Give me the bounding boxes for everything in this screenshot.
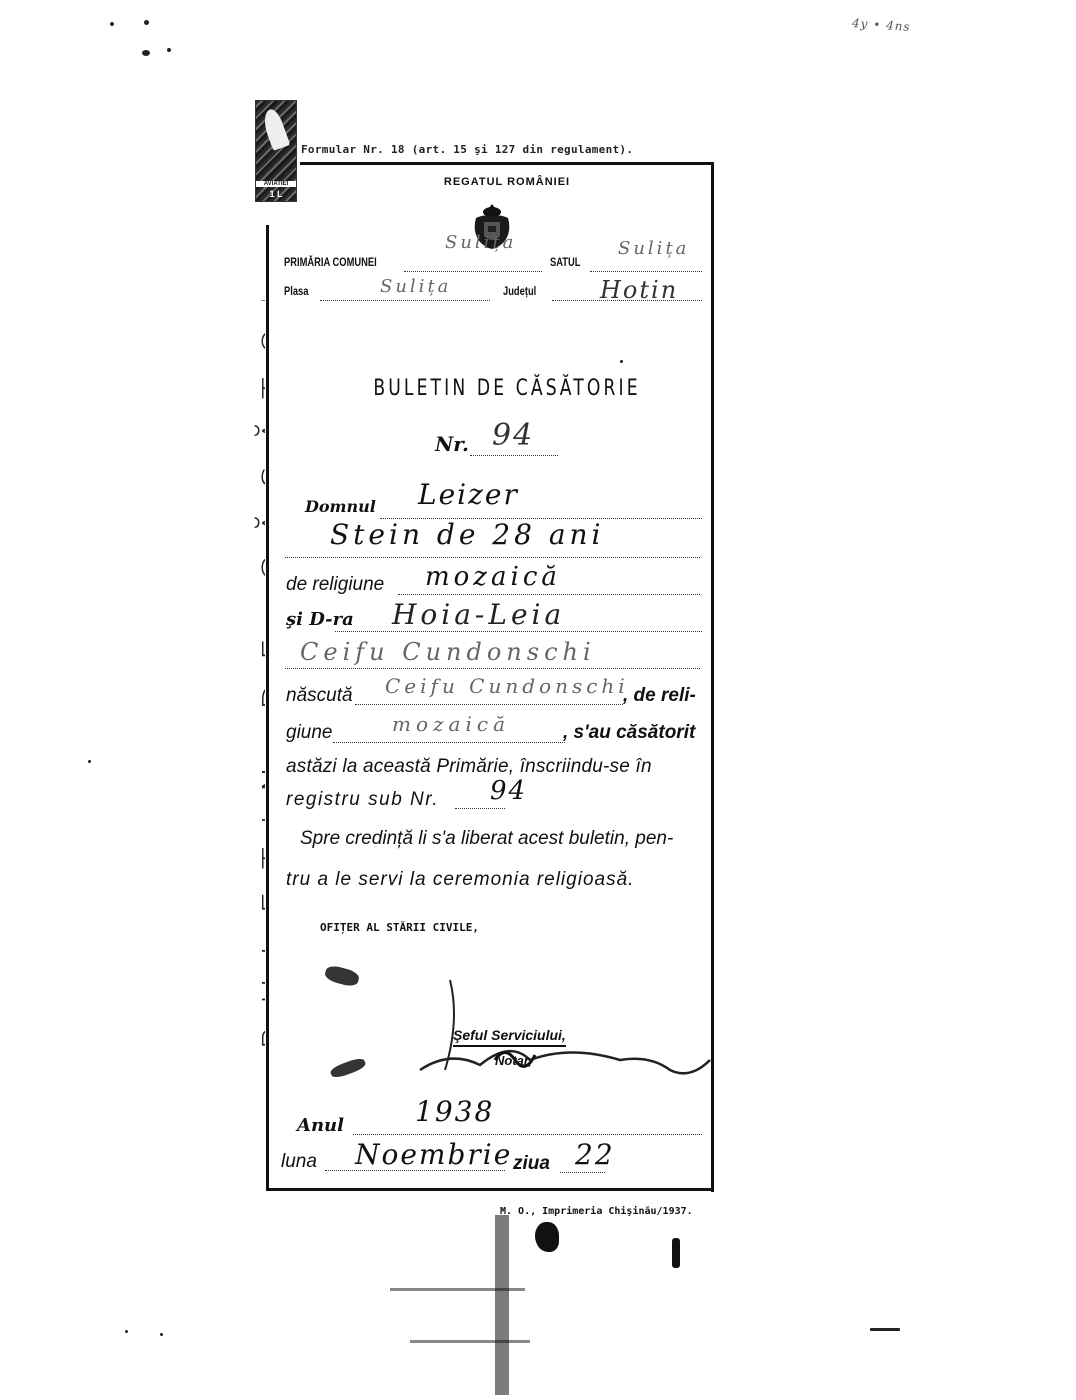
groom-religion-line bbox=[398, 594, 700, 595]
printer-imprint: M. O., Imprimeria Chişinău/1937. bbox=[500, 1206, 693, 1217]
chief-of-service-label: Şeful Serviciului, bbox=[453, 1027, 566, 1047]
judetul-value: Hotin bbox=[600, 276, 678, 304]
scan-speck bbox=[620, 360, 623, 363]
scan-speck bbox=[110, 22, 114, 26]
frame-border-left bbox=[266, 225, 269, 1191]
satul-line bbox=[590, 271, 702, 272]
bride-religion-line bbox=[333, 742, 565, 743]
day-line bbox=[560, 1172, 605, 1173]
signature-icon bbox=[270, 960, 730, 1090]
bride-line-1 bbox=[335, 631, 702, 632]
judetul-label: Județul bbox=[503, 284, 536, 298]
ink-blot bbox=[535, 1222, 559, 1252]
scan-speck bbox=[88, 760, 91, 763]
ink-blot bbox=[672, 1238, 680, 1268]
number-value: 94 bbox=[492, 418, 534, 453]
bride-religion-label-1: , de reli- bbox=[623, 685, 696, 707]
stamp-stork-icon bbox=[260, 107, 291, 151]
year-line bbox=[353, 1134, 702, 1135]
register-value: 94 bbox=[490, 776, 527, 806]
form-header: Formular Nr. 18 (art. 15 şi 127 din regu… bbox=[301, 143, 633, 156]
year-value: 1938 bbox=[415, 1095, 494, 1128]
satul-label: SATUL bbox=[550, 255, 581, 269]
bride-first-name: Hoia-Leia bbox=[392, 598, 565, 631]
scan-speck bbox=[125, 1330, 128, 1333]
side-title: BULETIN DE CĂSĂTORIE bbox=[256, 300, 265, 1050]
bride-born-label: născută bbox=[286, 685, 353, 707]
ink-smear bbox=[390, 1288, 525, 1291]
body-line-1: astăzi la această Primărie, înscriindu-s… bbox=[286, 756, 652, 778]
bride-surname: Ceifu Cundonschi bbox=[300, 638, 596, 666]
archive-reference-note: 4y • 4ns bbox=[852, 16, 911, 34]
revenue-stamp: AVIATIEI 1 L bbox=[255, 100, 297, 202]
married-text: , s'au căsătorit bbox=[563, 722, 695, 744]
stamp-value: 1 L bbox=[256, 189, 296, 199]
plasa-value: Sulița bbox=[380, 276, 451, 297]
kingdom-heading: REGATUL ROMÂNIEI bbox=[300, 176, 714, 188]
satul-value: Sulița bbox=[618, 238, 689, 259]
bride-line-2 bbox=[285, 668, 700, 669]
month-value: Noembrie bbox=[355, 1138, 512, 1171]
ink-smear bbox=[410, 1340, 530, 1343]
bride-religion-label-2: giune bbox=[286, 722, 333, 744]
plasa-label: Plasa bbox=[284, 284, 308, 298]
day-label: ziua bbox=[513, 1153, 550, 1175]
side-title-strip: BULETIN DE CĂSĂTORIE bbox=[220, 300, 265, 1060]
scan-speck bbox=[167, 48, 171, 52]
frame-border-bottom bbox=[266, 1188, 714, 1191]
primaria-label: PRIMĂRIA COMUNEI bbox=[284, 255, 377, 269]
document-title: BULETIN DE CĂSĂTORIE bbox=[346, 376, 669, 401]
number-label: Nr. bbox=[435, 432, 469, 456]
groom-religion-value: mozaică bbox=[425, 562, 561, 592]
month-label: luna bbox=[281, 1151, 317, 1173]
primaria-value: Sulița bbox=[445, 232, 516, 253]
groom-label: Domnul bbox=[305, 497, 376, 516]
number-line bbox=[470, 455, 558, 456]
bride-label: şi D-ra bbox=[286, 609, 354, 630]
scan-speck bbox=[160, 1333, 163, 1336]
bride-born-value: Ceifu Cundonschi bbox=[385, 674, 629, 698]
year-label: Anul bbox=[297, 1115, 344, 1136]
groom-religion-label: de religiune bbox=[286, 574, 384, 596]
day-value: 22 bbox=[575, 1138, 615, 1171]
certification-line-2: tru a le servi la ceremonia religioasă. bbox=[286, 869, 634, 891]
register-label: registru sub Nr. bbox=[286, 789, 439, 811]
plasa-line bbox=[320, 300, 490, 301]
groom-line-2 bbox=[285, 557, 700, 558]
scan-speck bbox=[870, 1328, 900, 1331]
register-line bbox=[455, 808, 505, 809]
notary-label: Notar, bbox=[495, 1053, 532, 1068]
scan-speck bbox=[142, 50, 150, 56]
civil-officer-label: OFIȚER AL STĂRII CIVILE, bbox=[320, 921, 479, 934]
scan-speck bbox=[144, 20, 149, 25]
bride-born-line bbox=[355, 704, 623, 705]
groom-first-name: Leizer bbox=[418, 478, 519, 511]
certification-line-1: Spre credință li s'a liberat acest bulet… bbox=[300, 828, 673, 850]
groom-name-age: Stein de 28 ani bbox=[330, 518, 605, 551]
ink-smear bbox=[495, 1215, 509, 1395]
bride-religion-value: mozaică bbox=[392, 712, 510, 736]
primaria-line bbox=[404, 271, 542, 272]
stamp-label: AVIATIEI bbox=[256, 181, 296, 187]
frame-border-top bbox=[300, 162, 714, 165]
